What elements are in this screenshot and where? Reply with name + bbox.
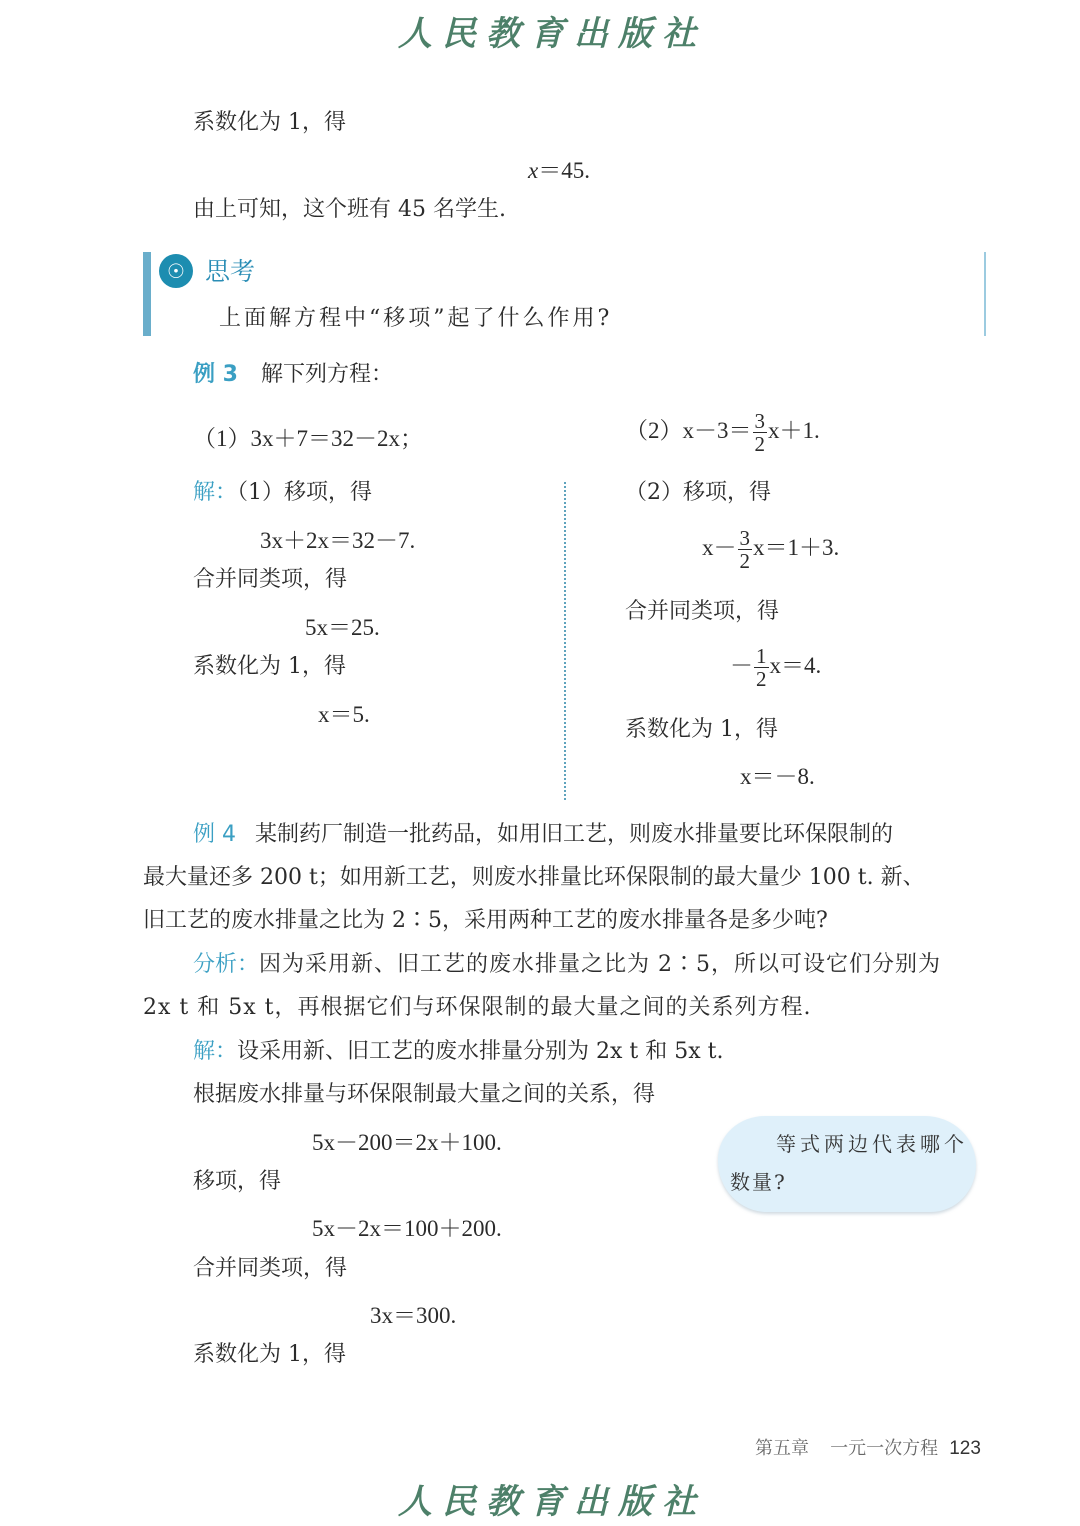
- fraction: 12: [754, 645, 769, 690]
- example4-line-2: 最大量还多 200 t；如用新工艺，则废水排量比环保限制的最大量少 100 t.…: [143, 863, 925, 893]
- thought-bubble: 等式两边代表哪个 数量?: [718, 1116, 976, 1212]
- solution-text: 设采用新、旧工艺的废水排量分别为 2x t 和 5x t.: [237, 1039, 723, 1064]
- solution-left-eq2: 5x＝25.: [305, 609, 380, 642]
- think-box: ☉ 思考 上面解方程中“移项”起了什么作用?: [143, 252, 986, 336]
- example4-step2-eq: 5x－2x＝100＋200.: [312, 1210, 502, 1243]
- fraction: 32: [738, 527, 753, 572]
- fraction-numerator: 3: [738, 527, 753, 550]
- solution-left-eq1: 3x＋2x＝32－7.: [260, 522, 415, 555]
- solution-left-step3: 系数化为 1，得: [193, 652, 346, 682]
- analysis-line-1: 分析：因为采用新、旧工艺的废水排量之比为 2∶5，所以可设它们分别为: [193, 950, 941, 980]
- example4-step1-label: 根据废水排量与环保限制最大量之间的关系，得: [193, 1080, 655, 1110]
- fraction-denominator: 2: [738, 550, 753, 572]
- example4-line-1: 例 4 某制药厂制造一批药品，如用旧工艺，则废水排量要比环保限制的: [193, 820, 893, 850]
- example3-problem-1: （1）3x＋7＝32－2x；: [193, 420, 423, 453]
- problem-text-pre: x－3＝: [683, 418, 752, 443]
- chapter-label: 第五章: [755, 1438, 809, 1459]
- publisher-logo-header: 人民教育出版社: [398, 6, 706, 55]
- example3-heading: 例 3 解下列方程：: [193, 360, 393, 390]
- column-divider: [564, 482, 566, 800]
- eq-pre: x－: [702, 535, 737, 560]
- intro-line-2: 由上可知，这个班有 45 名学生.: [193, 195, 506, 225]
- eq-pre: －: [730, 653, 753, 678]
- solution-right-step1: （2）移项，得: [625, 478, 771, 508]
- example3-label: 例 3: [193, 362, 238, 387]
- example4-step2-label: 移项，得: [193, 1167, 281, 1197]
- problem-text-post: x＋1.: [768, 418, 820, 443]
- solution-left-step1: 解：（1）移项，得: [193, 478, 372, 508]
- solution-label: 解：: [193, 1039, 237, 1064]
- think-right-bar: [984, 252, 986, 336]
- publisher-logo-footer: 人民教育出版社: [398, 1474, 706, 1523]
- equation-variable: x: [528, 158, 538, 183]
- think-title: 思考: [205, 252, 255, 288]
- fraction-denominator: 2: [753, 433, 768, 455]
- think-left-bar: [143, 252, 151, 336]
- eq-post: x＝1＋3.: [753, 535, 839, 560]
- intro-line-1: 系数化为 1，得: [193, 108, 346, 138]
- solution-right-eq2: －12x＝4.: [730, 645, 821, 690]
- bubble-line-1: 等式两边代表哪个: [776, 1128, 968, 1157]
- problem-number: （1）: [193, 426, 251, 451]
- fraction-denominator: 2: [754, 668, 769, 690]
- example4-step4-label: 系数化为 1，得: [193, 1340, 346, 1370]
- intro-equation: x＝45.: [528, 152, 590, 185]
- solution-right-step3: 系数化为 1，得: [625, 715, 778, 745]
- lightbulb-head-icon: ☉: [159, 254, 193, 288]
- fraction-numerator: 3: [753, 410, 768, 433]
- example4-step3-label: 合并同类项，得: [193, 1254, 347, 1284]
- chapter-title: 一元一次方程: [830, 1438, 938, 1459]
- solution-right-step2: 合并同类项，得: [625, 597, 779, 627]
- equation-rhs: ＝45.: [538, 158, 590, 183]
- page-number: 123: [949, 1438, 981, 1459]
- think-question: 上面解方程中“移项”起了什么作用?: [219, 304, 612, 334]
- problem-number: （2）: [625, 418, 683, 443]
- solution-label: 解：: [193, 480, 237, 505]
- example4-solution-line: 解：设采用新、旧工艺的废水排量分别为 2x t 和 5x t.: [193, 1037, 723, 1067]
- fraction-numerator: 1: [754, 645, 769, 668]
- solution-right-eq3: x＝－8.: [740, 758, 815, 791]
- analysis-label: 分析：: [193, 952, 259, 977]
- analysis-text: 因为采用新、旧工艺的废水排量之比为 2∶5，所以可设它们分别为: [259, 952, 941, 977]
- problem-text: 某制药厂制造一批药品，如用旧工艺，则废水排量要比环保限制的: [255, 822, 893, 847]
- eq-post: x＝4.: [770, 653, 822, 678]
- bubble-line-2: 数量?: [730, 1166, 787, 1195]
- solution-right-eq1: x－32x＝1＋3.: [702, 527, 839, 572]
- example3-problem-2: （2）x－3＝32x＋1.: [625, 410, 820, 455]
- page-footer: 第五章 一元一次方程 123: [755, 1434, 981, 1460]
- fraction: 32: [753, 410, 768, 455]
- problem-text: 3x＋7＝32－2x；: [251, 426, 424, 451]
- example3-prompt: 解下列方程：: [261, 362, 393, 387]
- example4-step1-eq: 5x－200＝2x＋100.: [312, 1124, 502, 1157]
- example4-line-3: 旧工艺的废水排量之比为 2∶5，采用两种工艺的废水排量各是多少吨?: [143, 906, 828, 936]
- step-label: （1）移项，得: [237, 480, 372, 505]
- analysis-line-2: 2x t 和 5x t，再根据它们与环保限制的最大量之间的关系列方程.: [143, 993, 811, 1023]
- example4-label: 例 4: [193, 822, 236, 847]
- solution-left-step2: 合并同类项，得: [193, 565, 347, 595]
- solution-left-eq3: x＝5.: [318, 696, 370, 729]
- example4-step3-eq: 3x＝300.: [370, 1297, 456, 1330]
